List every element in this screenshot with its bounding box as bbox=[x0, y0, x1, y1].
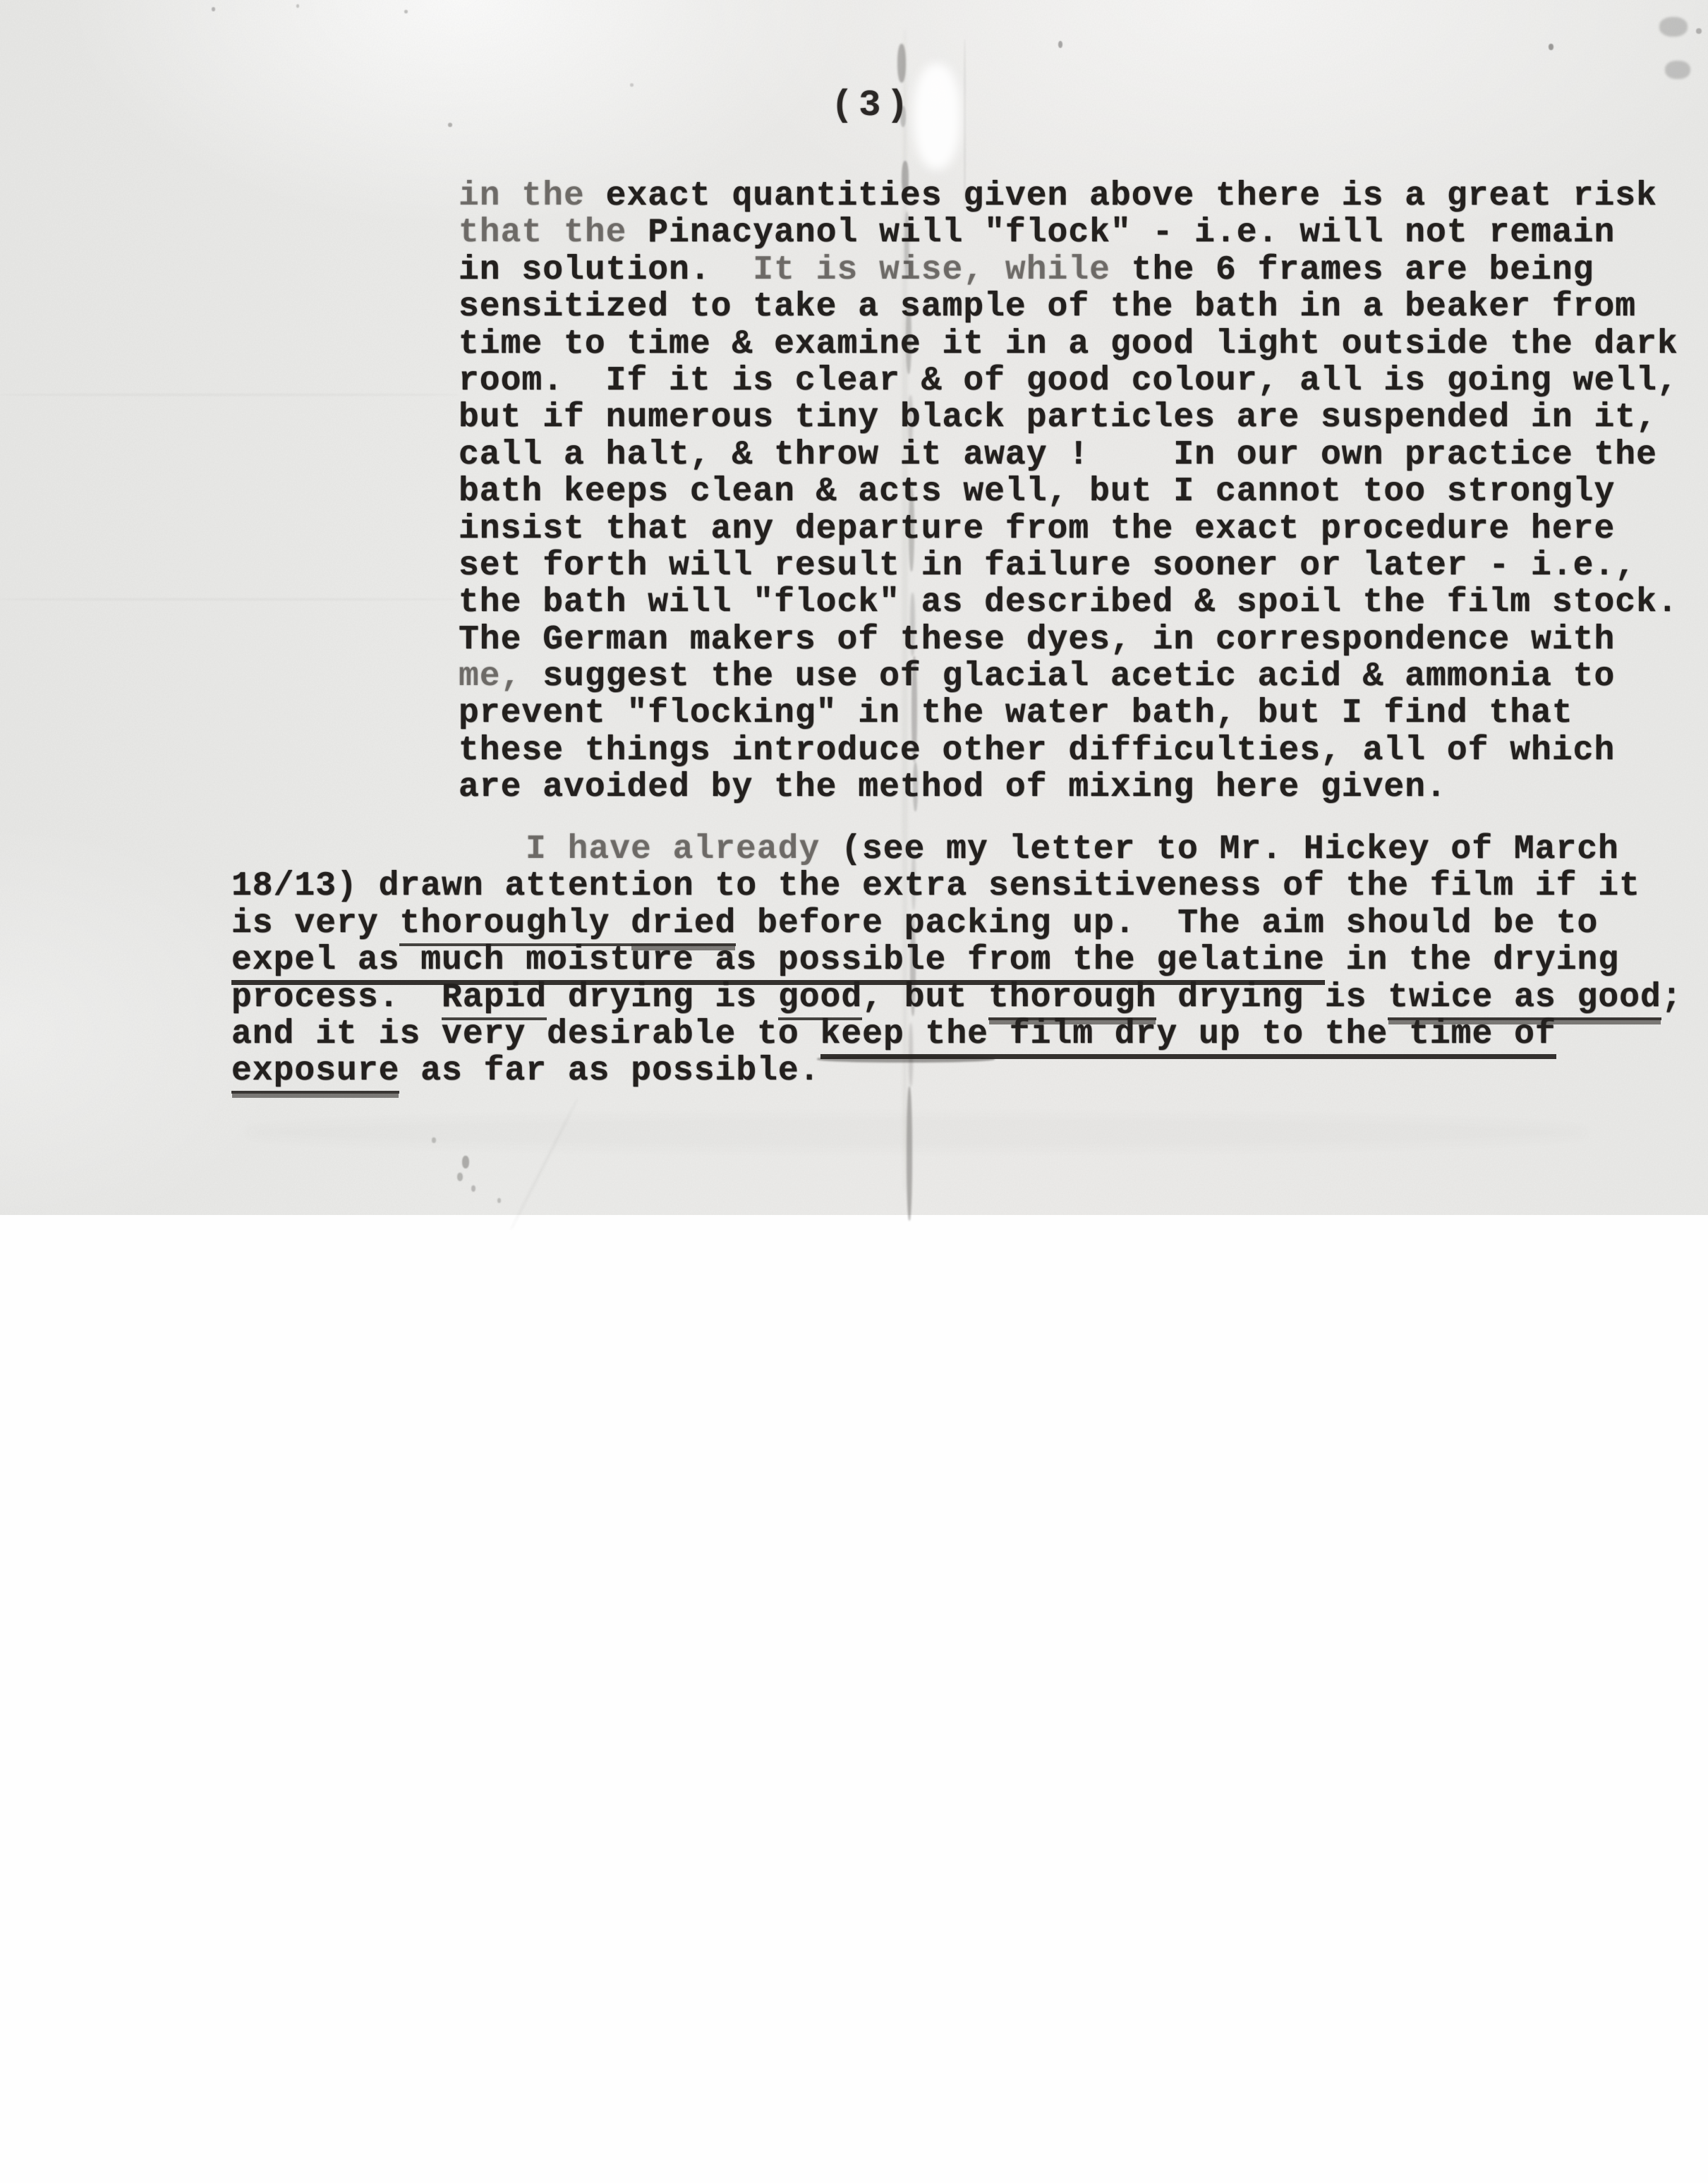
text-segment: process. bbox=[231, 979, 442, 1017]
text-segment: bath keeps clean & acts well, but I cann… bbox=[459, 473, 1615, 511]
scan-smudge bbox=[964, 39, 966, 208]
scan-smudge bbox=[471, 1185, 476, 1192]
underlined-text-segment: thoroughly bbox=[399, 905, 631, 946]
text-line: prevent "flocking" in the water bath, bu… bbox=[459, 695, 1678, 732]
text-segment: me, bbox=[459, 658, 543, 696]
text-line: these things introduce other difficultie… bbox=[459, 732, 1678, 769]
scan-smudge bbox=[910, 593, 915, 656]
text-line: sensitized to take a sample of the bath … bbox=[459, 289, 1678, 325]
text-line: The German makers of these dyes, in corr… bbox=[459, 622, 1678, 658]
text-segment: drying is bbox=[547, 979, 778, 1017]
scan-smudge bbox=[907, 1087, 912, 1221]
underlined-text-segment: dried bbox=[631, 905, 736, 946]
text-line: that the Pinacyanol will "flock" - i.e. … bbox=[459, 214, 1678, 251]
scan-smudge bbox=[1549, 44, 1553, 50]
underlined-text-segment: thorough bbox=[988, 979, 1156, 1020]
text-segment: time to time & examine it in a good ligh… bbox=[459, 325, 1678, 363]
text-segment: set forth will result in failure sooner … bbox=[459, 547, 1636, 585]
scan-smudge bbox=[911, 656, 917, 762]
text-segment: It is wise, while bbox=[753, 251, 1110, 289]
scan-smudge bbox=[404, 10, 408, 13]
text-segment: but if numerous tiny black particles are… bbox=[459, 399, 1657, 437]
text-segment: and it is very desirable to bbox=[231, 1015, 820, 1053]
text-segment: The German makers of these dyes, in corr… bbox=[459, 621, 1615, 659]
scan-smudge bbox=[913, 762, 918, 811]
text-line: bath keeps clean & acts well, but I cann… bbox=[459, 473, 1678, 510]
scan-bright-spot bbox=[914, 64, 960, 169]
text-segment: the 6 frames are being bbox=[1110, 251, 1594, 289]
text-line: room. If it is clear & of good colour, a… bbox=[459, 363, 1678, 399]
text-segment: call a halt, & throw it away ! In our ow… bbox=[459, 436, 1657, 474]
scan-smudge bbox=[457, 1173, 463, 1181]
underlined-text-segment: twice as good bbox=[1388, 979, 1661, 1020]
scan-smudge bbox=[1058, 41, 1062, 48]
text-segment: prevent "flocking" in the water bath, bu… bbox=[459, 694, 1573, 732]
text-segment: that the bbox=[459, 214, 648, 252]
text-segment: as far as possible. bbox=[399, 1052, 820, 1090]
text-segment: before packing up. The aim should be to bbox=[736, 905, 1598, 943]
scan-smudge bbox=[1665, 61, 1690, 79]
text-line: are avoided by the method of mixing here… bbox=[459, 769, 1678, 806]
scan-smudge bbox=[817, 1056, 995, 1063]
scan-smudge bbox=[0, 598, 459, 600]
scanned-letter-page: { "document": { "page_number": "(3)" }, … bbox=[0, 0, 1708, 2183]
text-segment: exact quantities given above there is a … bbox=[606, 177, 1657, 215]
scan-smudge bbox=[897, 44, 906, 83]
text-line: 18/13) drawn attention to the extra sens… bbox=[231, 868, 1683, 905]
text-segment: drying is bbox=[1156, 979, 1388, 1017]
text-line: I have already (see my letter to Mr. Hic… bbox=[231, 831, 1683, 868]
text-line: and it is very desirable to keep the fil… bbox=[231, 1016, 1683, 1053]
scan-smudge bbox=[911, 847, 916, 910]
text-line: the bath will "flock" as described & spo… bbox=[459, 584, 1678, 621]
text-segment: ; bbox=[1661, 979, 1683, 1017]
scan-smudge bbox=[1659, 17, 1688, 37]
text-segment: these things introduce other difficultie… bbox=[459, 732, 1615, 770]
underlined-text-segment: Rapid bbox=[442, 979, 547, 1020]
text-segment: insist that any departure from the exact… bbox=[459, 510, 1615, 548]
paragraph-drying-advice: I have already (see my letter to Mr. Hic… bbox=[231, 831, 1683, 1090]
text-line: me, suggest the use of glacial acetic ac… bbox=[459, 658, 1678, 695]
underlined-text-segment: exposure bbox=[231, 1052, 399, 1094]
scan-smudge bbox=[900, 106, 906, 127]
text-line: in solution. It is wise, while the 6 fra… bbox=[459, 252, 1678, 289]
scan-smudge bbox=[902, 161, 909, 195]
text-segment: the bath will "flock" as described & spo… bbox=[459, 583, 1678, 622]
underlined-text-segment: keep the film dry up to the time of bbox=[820, 1015, 1556, 1059]
text-segment: is very bbox=[231, 905, 399, 943]
text-segment: Pinacyanol will "flock" - i.e. will not … bbox=[648, 214, 1615, 252]
text-segment: are avoided by the method of mixing here… bbox=[459, 768, 1447, 806]
text-line: insist that any departure from the exact… bbox=[459, 511, 1678, 548]
scan-smudge bbox=[497, 1198, 501, 1203]
scan-smudge bbox=[0, 394, 459, 396]
scan-smudge bbox=[630, 83, 634, 87]
scan-smudge bbox=[448, 123, 452, 127]
text-line: call a halt, & throw it away ! In our ow… bbox=[459, 437, 1678, 473]
text-line: but if numerous tiny black particles are… bbox=[459, 399, 1678, 436]
text-line: time to time & examine it in a good ligh… bbox=[459, 326, 1678, 363]
text-line: set forth will result in failure sooner … bbox=[459, 548, 1678, 584]
scan-smudge bbox=[910, 917, 916, 1016]
scan-smudge bbox=[296, 4, 299, 8]
text-segment: 18/13) drawn attention to the extra sens… bbox=[231, 867, 1640, 905]
scan-smudge bbox=[212, 7, 215, 11]
text-line: is very thoroughly dried before packing … bbox=[231, 905, 1683, 942]
text-segment: in the drying bbox=[1325, 941, 1619, 979]
text-segment: (see my letter to Mr. Hickey of March bbox=[841, 830, 1619, 869]
scan-smudge bbox=[247, 1115, 1587, 1150]
paragraph-bath-procedure: in the exact quantities given above ther… bbox=[459, 178, 1678, 806]
scan-smudge bbox=[909, 487, 914, 572]
text-segment: suggest the use of glacial acetic acid &… bbox=[543, 658, 1615, 696]
text-segment: room. If it is clear & of good colour, a… bbox=[459, 362, 1678, 400]
scan-smudge bbox=[1696, 28, 1702, 34]
text-segment: in the bbox=[459, 177, 606, 215]
text-segment: , but bbox=[862, 979, 988, 1017]
text-line: process. Rapid drying is good, but thoro… bbox=[231, 979, 1683, 1016]
text-segment: I have already bbox=[526, 830, 841, 869]
underlined-text-segment: good bbox=[778, 979, 862, 1020]
scan-smudge bbox=[909, 1023, 913, 1087]
text-segment: sensitized to take a sample of the bath … bbox=[459, 288, 1636, 326]
scan-smudge bbox=[462, 1156, 469, 1168]
scan-smudge bbox=[902, 28, 907, 1192]
text-line: in the exact quantities given above ther… bbox=[459, 178, 1678, 214]
scan-smudge bbox=[908, 395, 913, 445]
scan-smudge bbox=[904, 212, 909, 279]
scan-smudge bbox=[906, 303, 911, 374]
text-segment: in solution. bbox=[459, 251, 753, 289]
text-line: expel as much moisture as possible from … bbox=[231, 942, 1683, 979]
